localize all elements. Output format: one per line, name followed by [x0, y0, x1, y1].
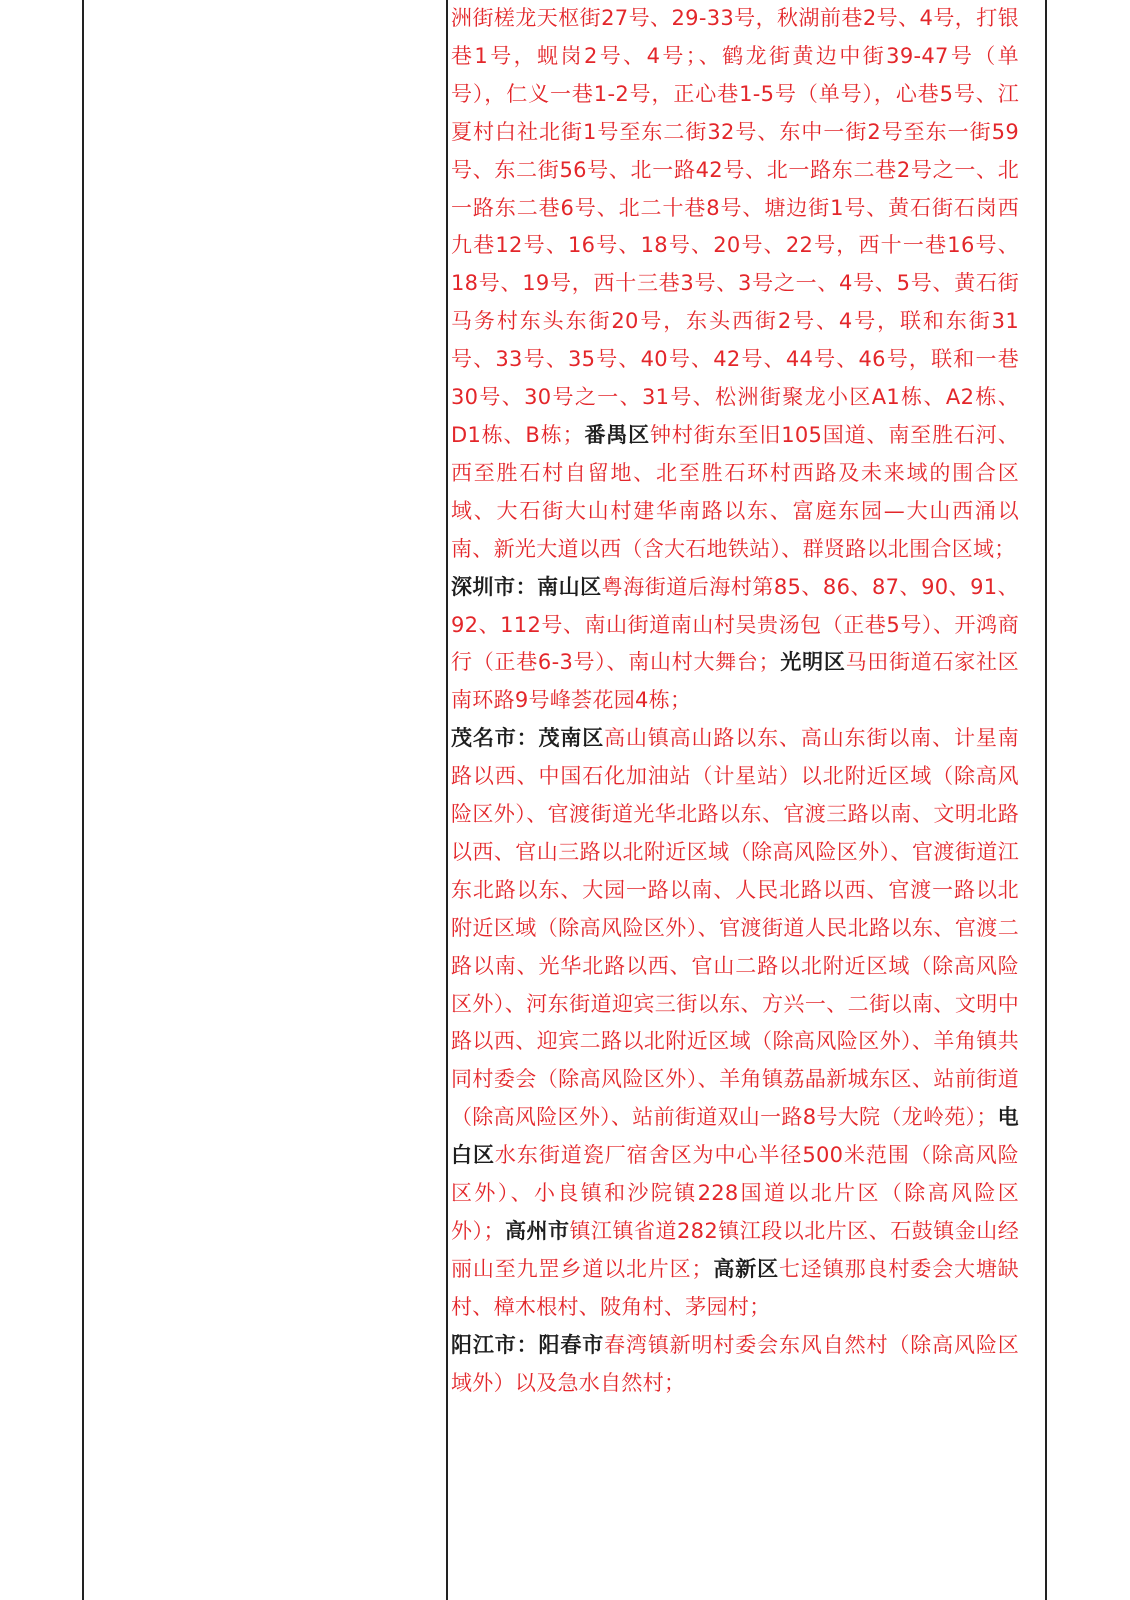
area-list: 洲街槎龙天枢街27号、29-33号，秋湖前巷2号、4号，打银巷1号，蚬岗2号、4…	[451, 0, 1019, 1403]
district-label: 高州市	[505, 1219, 570, 1243]
paragraph-maoming: 茂名市：茂南区高山镇高山路以东、高山东街以南、计星南路以西、中国石化加油站（计星…	[451, 720, 1019, 1327]
city-label: 茂名市：茂南区	[451, 726, 604, 750]
paragraph-guangzhou: 洲街槎龙天枢街27号、29-33号，秋湖前巷2号、4号，打银巷1号，蚬岗2号、4…	[451, 0, 1019, 569]
district-label: 番禺区	[584, 423, 650, 447]
district-label: 高新区	[713, 1257, 779, 1281]
paragraph-shenzhen: 深圳市：南山区粤海街道后海村第85、86、87、90、91、92、112号、南山…	[451, 569, 1019, 721]
table-cell-left	[84, 0, 447, 1600]
city-label: 深圳市：南山区	[451, 575, 602, 599]
risk-area-table: 洲街槎龙天枢街27号、29-33号，秋湖前巷2号、4号，打银巷1号，蚬岗2号、4…	[0, 0, 1130, 1600]
area-text: 高山镇高山路以东、高山东街以南、计星南路以西、中国石化加油站（计星站）以北附近区…	[451, 726, 1019, 1129]
area-text: 洲街槎龙天枢街27号、29-33号，秋湖前巷2号、4号，打银巷1号，蚬岗2号、4…	[451, 6, 1019, 447]
district-label: 光明区	[780, 650, 846, 674]
city-label: 阳江市：阳春市	[451, 1333, 604, 1357]
paragraph-yangjiang: 阳江市：阳春市春湾镇新明村委会东风自然村（除高风险区域外）以及急水自然村；	[451, 1327, 1019, 1403]
